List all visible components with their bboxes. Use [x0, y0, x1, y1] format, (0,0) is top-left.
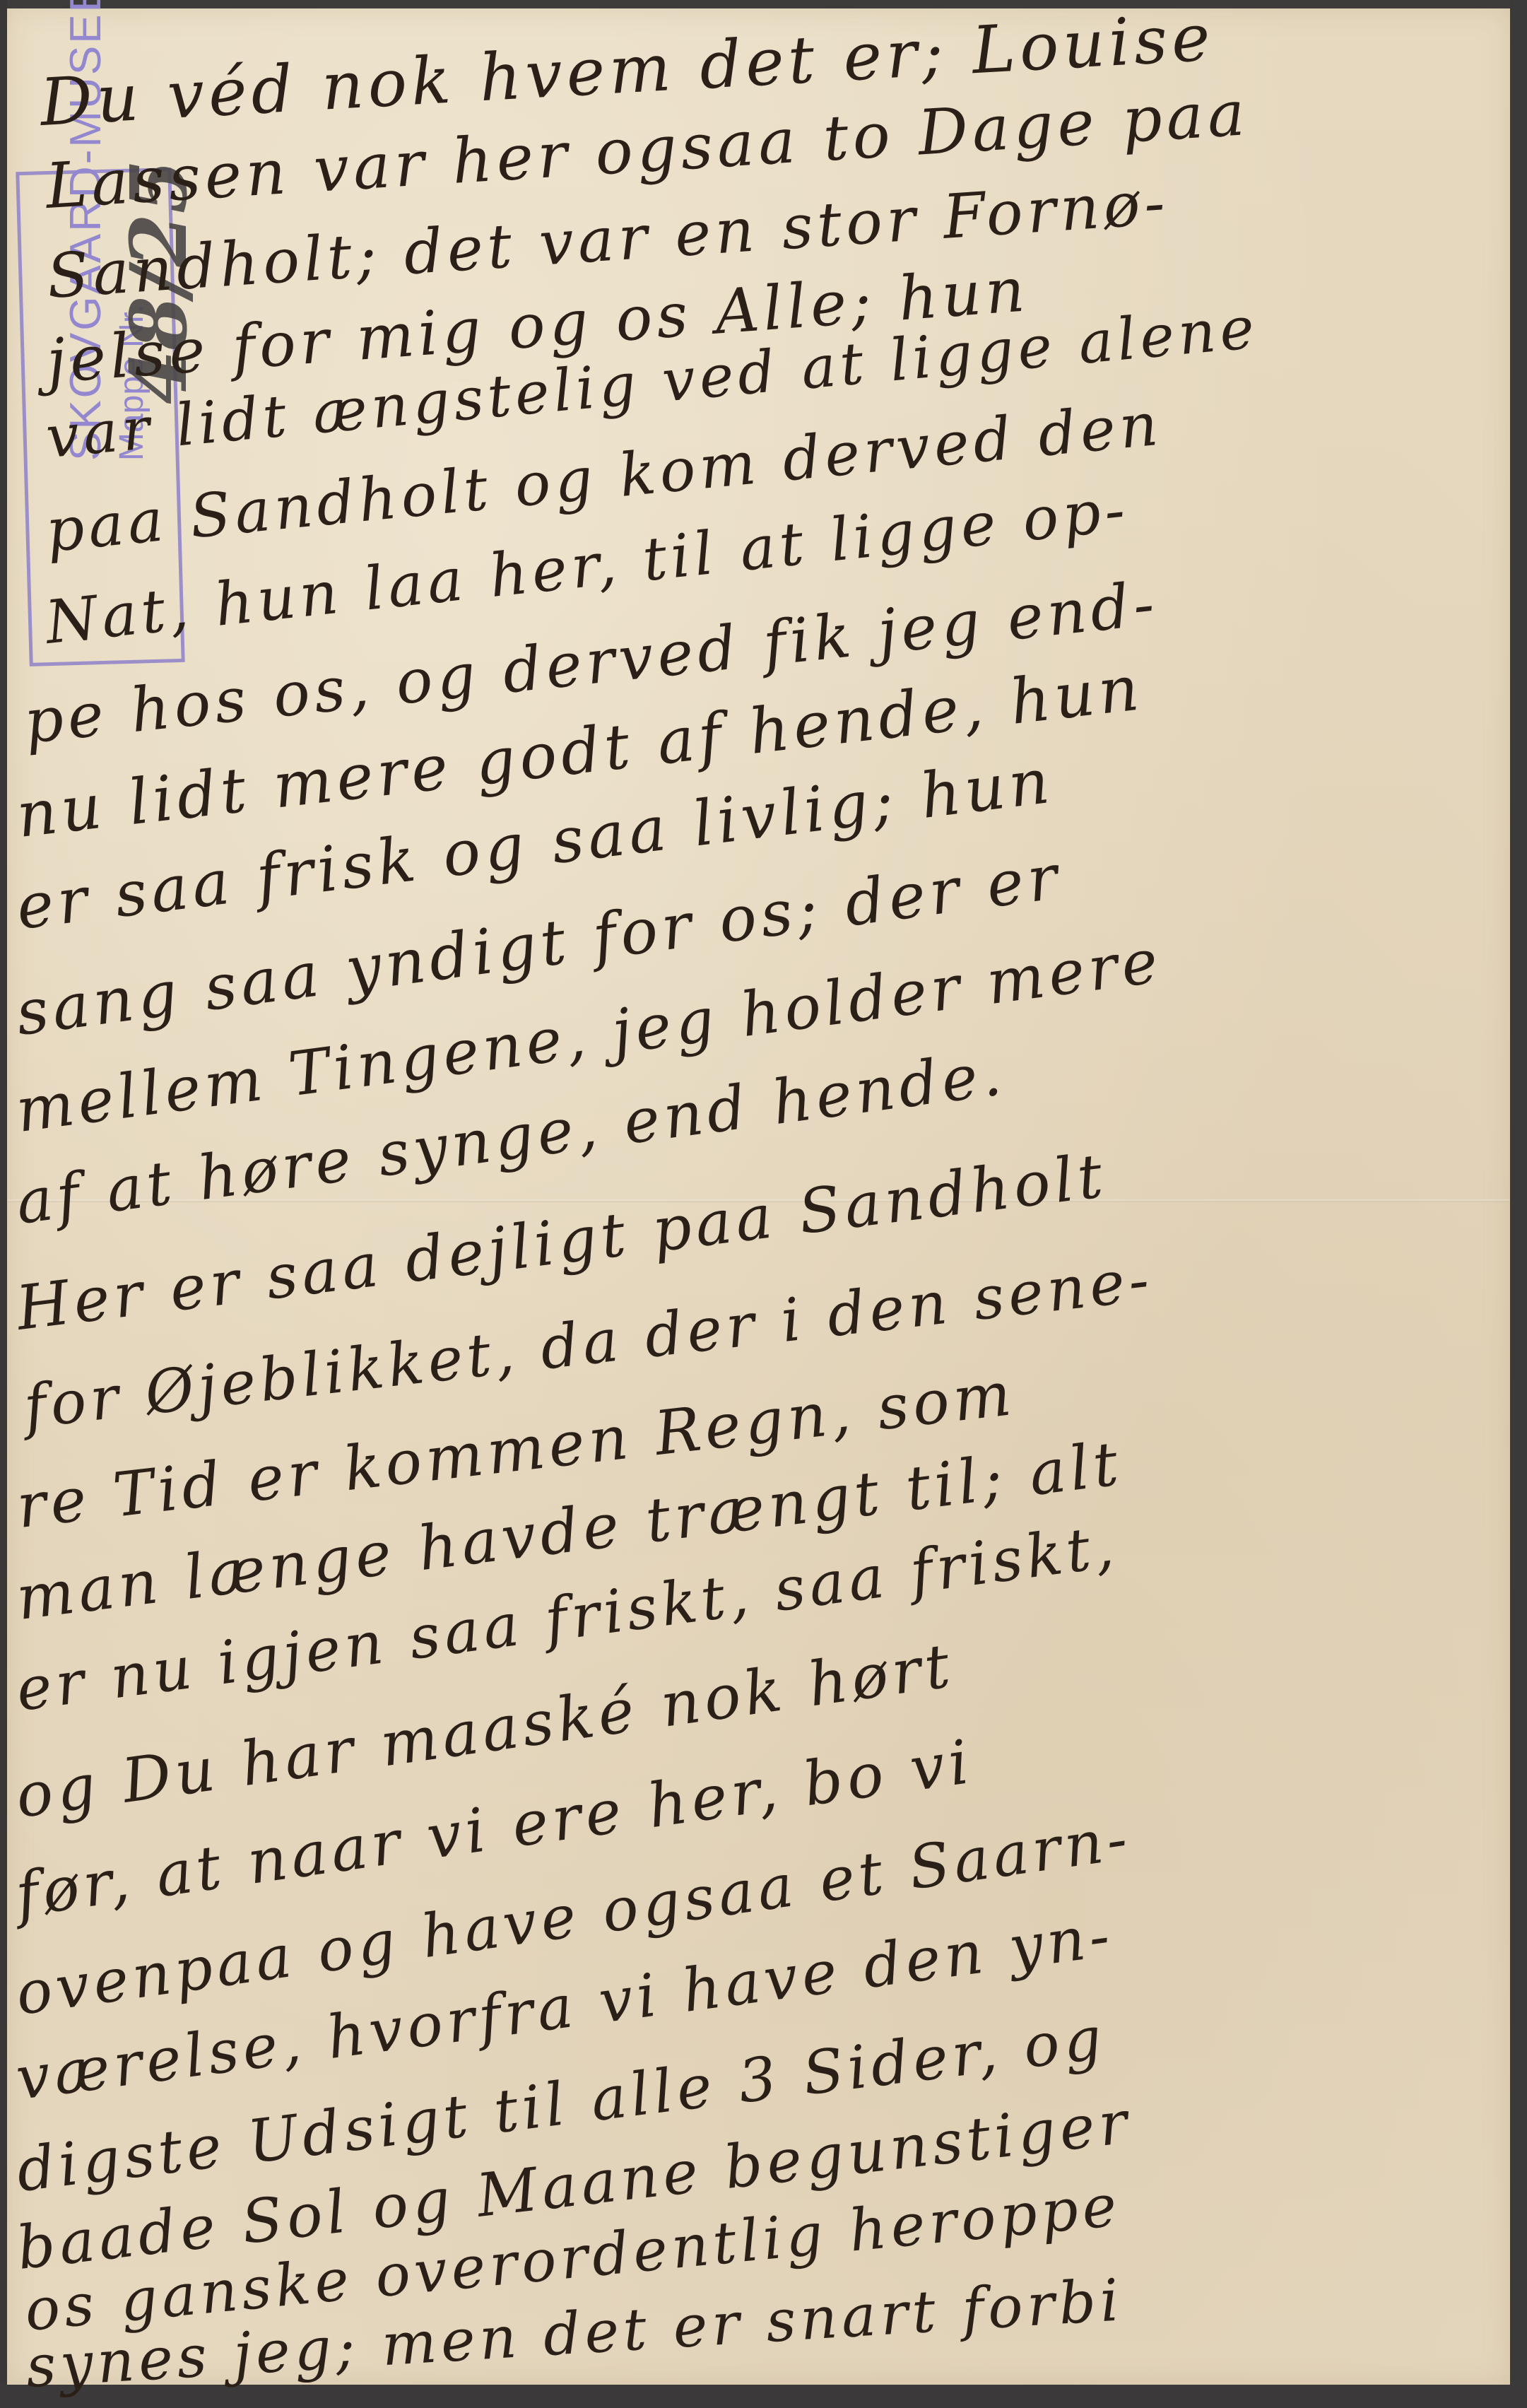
scan-frame-right	[1510, 0, 1527, 2408]
letter-page: SKOVGAARD-MUSEET Mappe Nr. 48/25 Du véd …	[7, 8, 1510, 2385]
scan-frame-left	[0, 0, 7, 2408]
